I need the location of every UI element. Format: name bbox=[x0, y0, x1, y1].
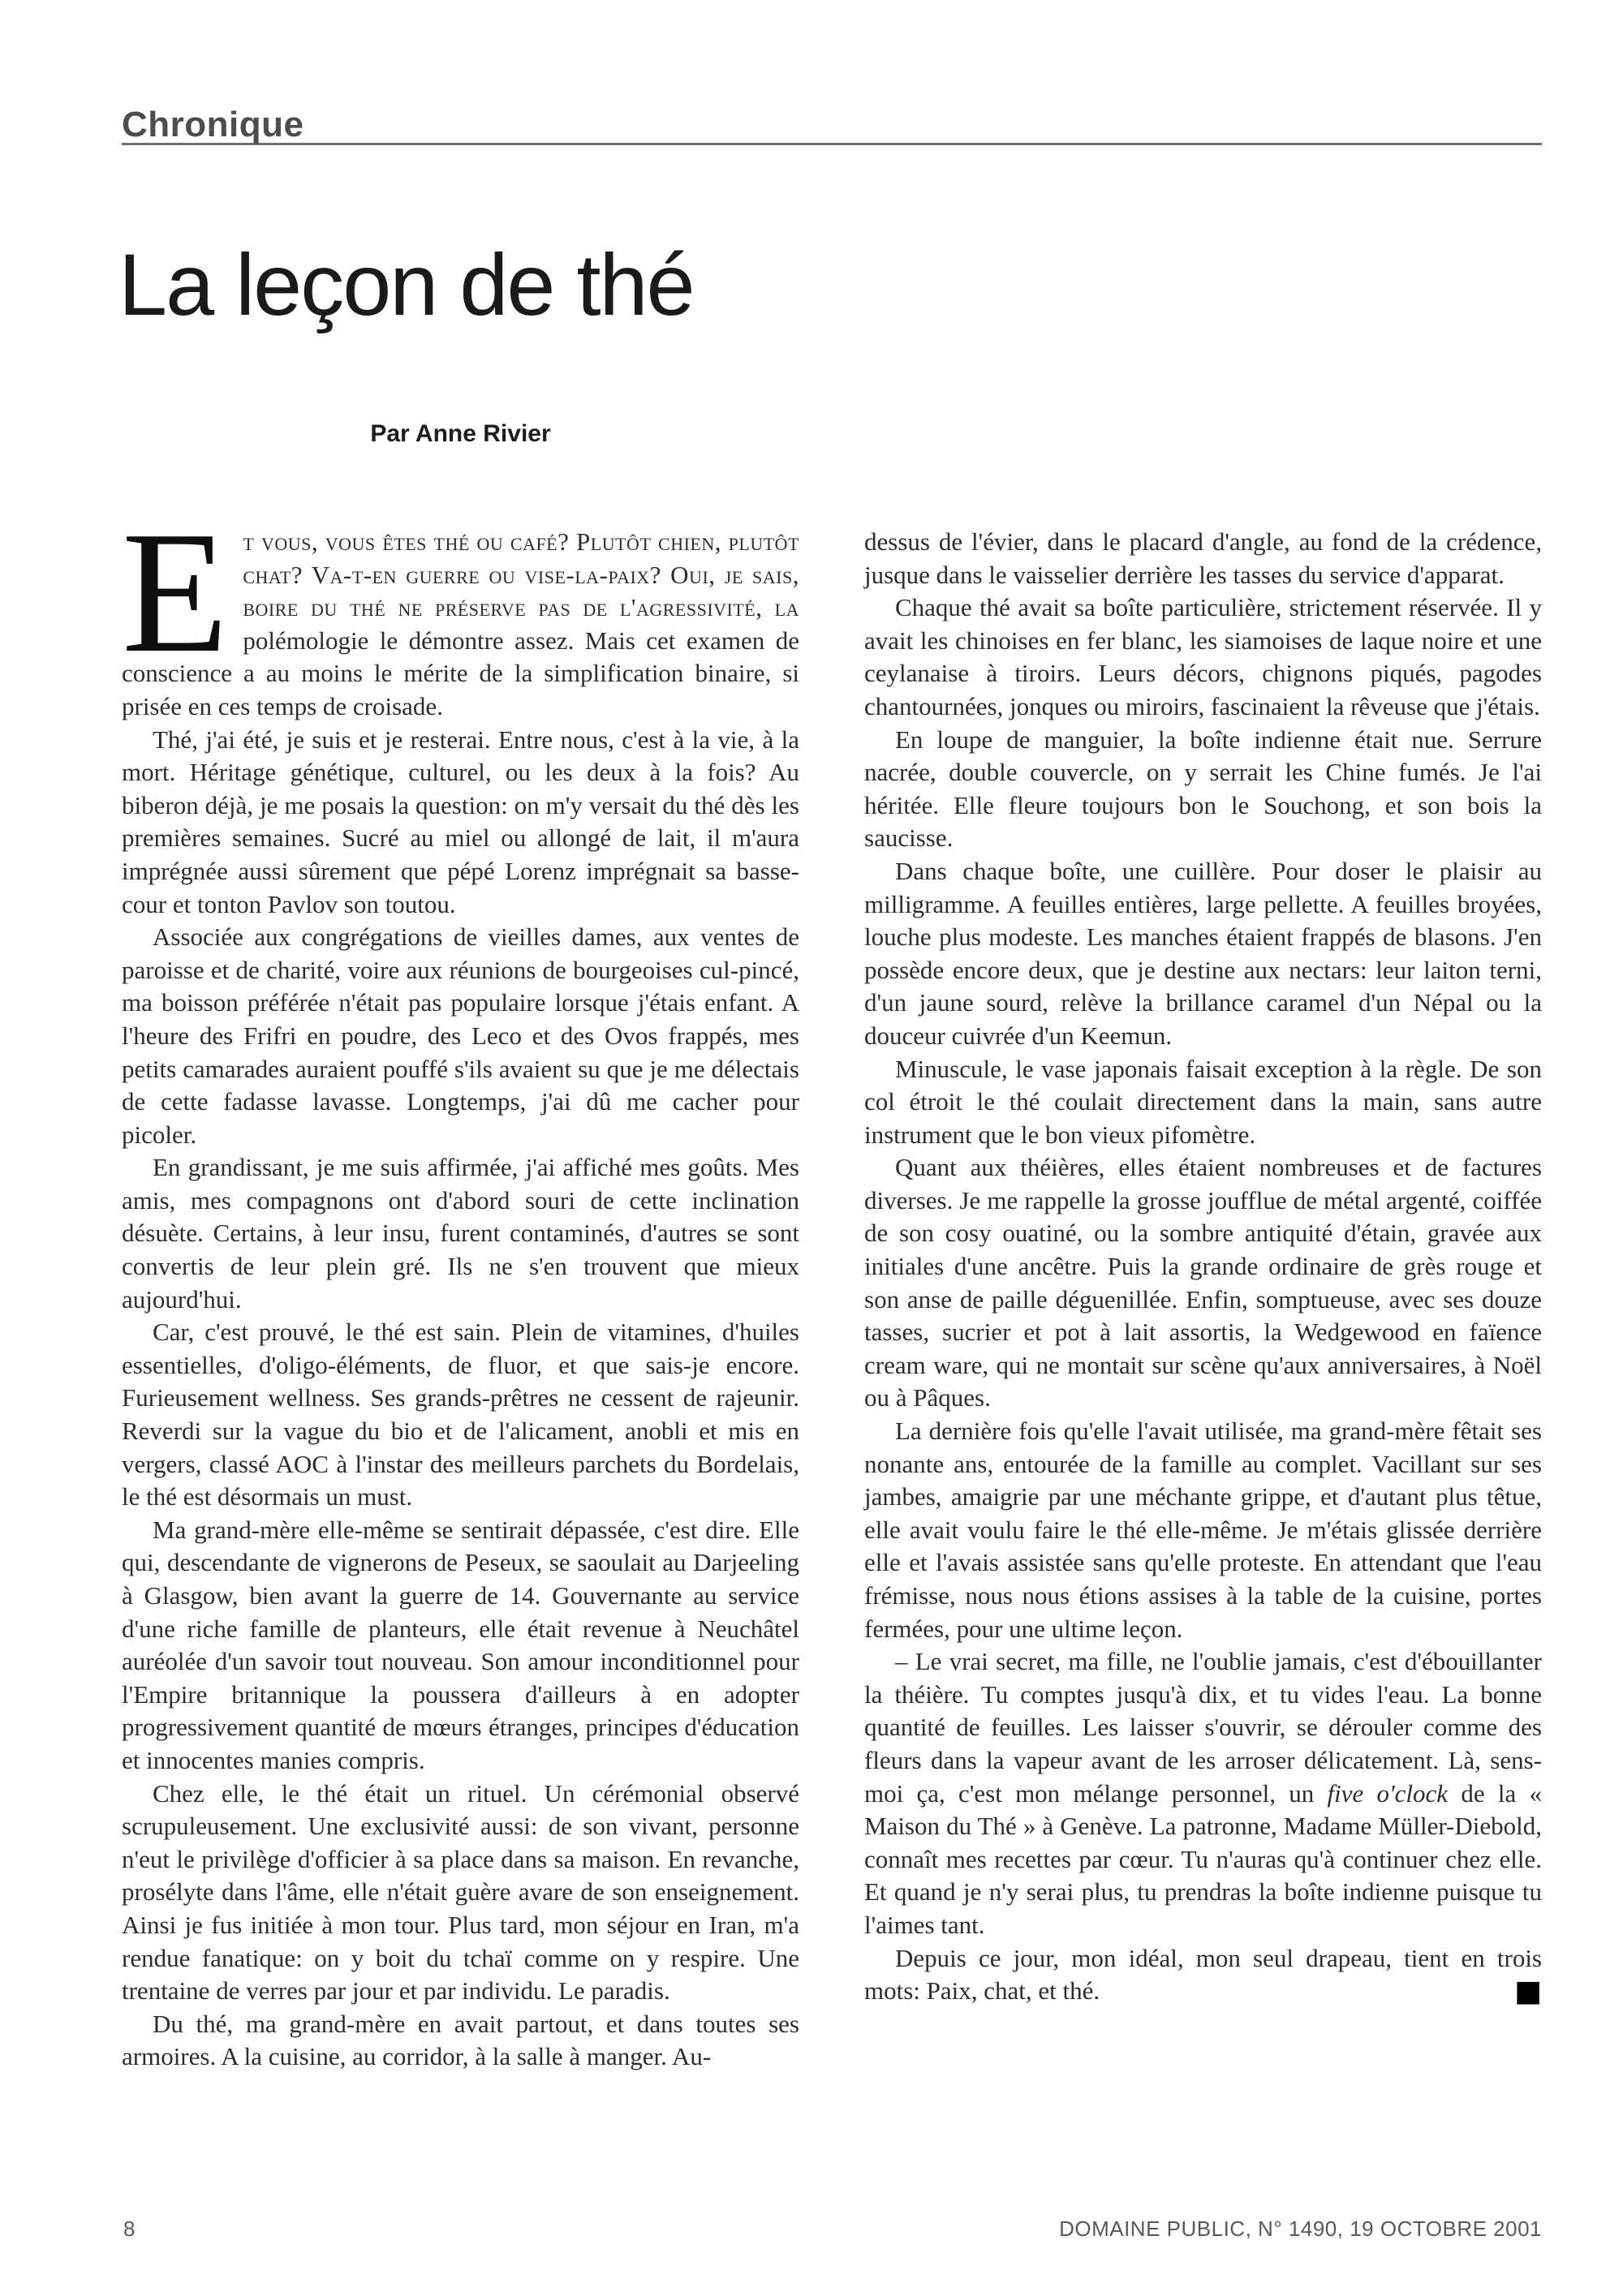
closing-text: Depuis ce jour, mon idéal, mon seul drap… bbox=[864, 1944, 1542, 2006]
right-column: dessus de l'évier, dans le placard d'ang… bbox=[864, 526, 1542, 2074]
paragraph: Minuscule, le vase japonais faisait exce… bbox=[864, 1053, 1542, 1152]
paragraph: Dans chaque boîte, une cuillère. Pour do… bbox=[864, 855, 1542, 1053]
footer-issue: DOMAINE PUBLIC, N° 1490, 19 OCTOBRE 2001 bbox=[1059, 2216, 1542, 2242]
dialogue-paragraph: – Le vrai secret, ma fille, ne l'oublie … bbox=[864, 1645, 1542, 1941]
lead-paragraph: Et vous, vous êtes thé ou café? Plutôt c… bbox=[122, 526, 799, 724]
paragraph: Car, c'est prouvé, le thé est sain. Plei… bbox=[122, 1316, 799, 1514]
article-body: Et vous, vous êtes thé ou café? Plutôt c… bbox=[122, 526, 1542, 2074]
paragraph: Du thé, ma grand-mère en avait partout, … bbox=[122, 2008, 799, 2074]
closing-paragraph: Depuis ce jour, mon idéal, mon seul drap… bbox=[864, 1942, 1542, 2008]
paragraph: Thé, j'ai été, je suis et je resterai. E… bbox=[122, 724, 799, 922]
dialogue-italic: five o'clock bbox=[1328, 1779, 1449, 1808]
paragraph: En loupe de manguier, la boîte indienne … bbox=[864, 724, 1542, 855]
byline: Par Anne Rivier bbox=[122, 420, 799, 448]
drop-cap: E bbox=[122, 527, 228, 657]
footer-page-number: 8 bbox=[123, 2216, 135, 2242]
paragraph: La dernière fois qu'elle l'avait utilisé… bbox=[864, 1415, 1542, 1645]
section-header: Chronique bbox=[122, 107, 1542, 145]
continuation-paragraph: dessus de l'évier, dans le placard d'ang… bbox=[864, 526, 1542, 591]
paragraph: Chez elle, le thé était un rituel. Un cé… bbox=[122, 1778, 799, 2008]
paragraph: Quant aux théières, elles étaient nombre… bbox=[864, 1151, 1542, 1415]
end-mark-icon: ■ bbox=[1483, 1977, 1542, 2006]
paragraph: En grandissant, je me suis affirmée, j'a… bbox=[122, 1151, 799, 1316]
page-title: La leçon de thé bbox=[118, 240, 694, 329]
paragraph: Associée aux congrégations de vieilles d… bbox=[122, 921, 799, 1151]
section-label: Chronique bbox=[122, 105, 304, 144]
magazine-page: Chronique La leçon de thé Par Anne Rivie… bbox=[0, 0, 1623, 2296]
paragraph: Chaque thé avait sa boîte particulière, … bbox=[864, 591, 1542, 723]
paragraph: Ma grand-mère elle-même se sentirait dép… bbox=[122, 1514, 799, 1778]
lead-smallcaps: t vous, vous êtes thé ou café? Plutôt ch… bbox=[243, 527, 799, 621]
left-column: Et vous, vous êtes thé ou café? Plutôt c… bbox=[122, 526, 799, 2074]
